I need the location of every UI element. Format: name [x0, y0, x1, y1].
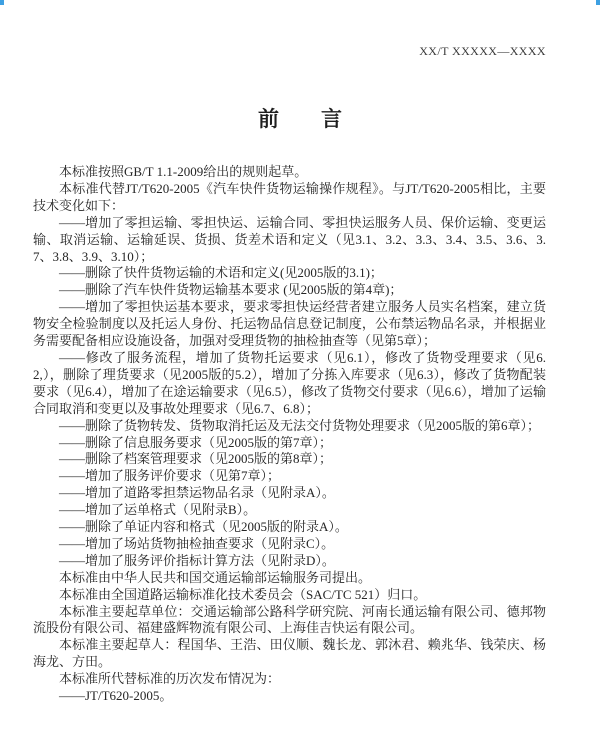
change-item: ——增加了零担快运基本要求，要求零担快运经营者建立服务人员实名档案，建立货物安全… — [33, 299, 546, 350]
change-item: ——增加了场站货物抽检抽查要求（见附录C）。 — [33, 536, 546, 553]
change-item: ——修改了服务流程，增加了货物托运要求（见6.1），修改了货物受理要求（见6.2… — [33, 350, 546, 418]
paragraph-drafters: 本标准主要起草人：程国华、王浩、田仪顺、魏长龙、郭沐君、赖兆华、钱荣庆、杨海龙、… — [33, 637, 546, 671]
change-item: ——增加了服务评价要求（见第7章）； — [33, 468, 546, 485]
paragraph-history-intro: 本标准所代替标准的历次发布情况为： — [33, 671, 546, 688]
screen-corner-artifact-right — [596, 0, 600, 5]
change-item: ——删除了信息服务要求（见2005版的第7章）； — [33, 435, 546, 452]
change-item: ——删除了汽车快件货物运输基本要求 (见2005版的第4章)； — [33, 282, 546, 299]
document-page: XX/T XXXXX—XXXX 前 言 本标准按照GB/T 1.1-2009给出… — [0, 0, 600, 751]
paragraph-proposed-by: 本标准由中华人民共和国交通运输部运输服务司提出。 — [33, 570, 546, 587]
paragraph-drafting-orgs: 本标准主要起草单位：交通运输部公路科学研究院、河南长通运输有限公司、德邦物流股份… — [33, 604, 546, 638]
paragraph-replaces-standard: 本标准代替JT/T620-2005《汽车快件货物运输操作规程》。与JT/T620… — [33, 181, 546, 215]
change-item: ——删除了快件货物运输的术语和定义(见2005版的3.1)； — [33, 265, 546, 282]
screen-corner-artifact-left — [0, 0, 4, 5]
change-item: ——删除了单证内容和格式（见2005版的附录A）。 — [33, 519, 546, 536]
paragraph-drafting-rule: 本标准按照GB/T 1.1-2009给出的规则起草。 — [33, 164, 546, 181]
change-item: ——增加了道路零担禁运物品名录（见附录A）。 — [33, 485, 546, 502]
paragraph-centralized-by: 本标准由全国道路运输标准化技术委员会（SAC/TC 521）归口。 — [33, 587, 546, 604]
document-body: 本标准按照GB/T 1.1-2009给出的规则起草。 本标准代替JT/T620-… — [33, 164, 546, 705]
change-item: ——增加了运单格式（见附录B）。 — [33, 502, 546, 519]
change-item: ——增加了零担运输、零担快运、运输合同、零担快运服务人员、保价运输、变更运输、取… — [33, 215, 546, 266]
change-item: ——增加了服务评价指标计算方法（见附录D）。 — [33, 553, 546, 570]
change-item: ——删除了档案管理要求（见2005版的第8章）； — [33, 451, 546, 468]
paragraph-history-item: ——JT/T620-2005。 — [33, 688, 546, 705]
standard-number-header: XX/T XXXXX—XXXX — [419, 44, 546, 59]
page-title: 前 言 — [0, 103, 600, 133]
change-item: ——删除了货物转发、货物取消托运及无法交付货物处理要求（见2005版的第6章）； — [33, 418, 546, 435]
